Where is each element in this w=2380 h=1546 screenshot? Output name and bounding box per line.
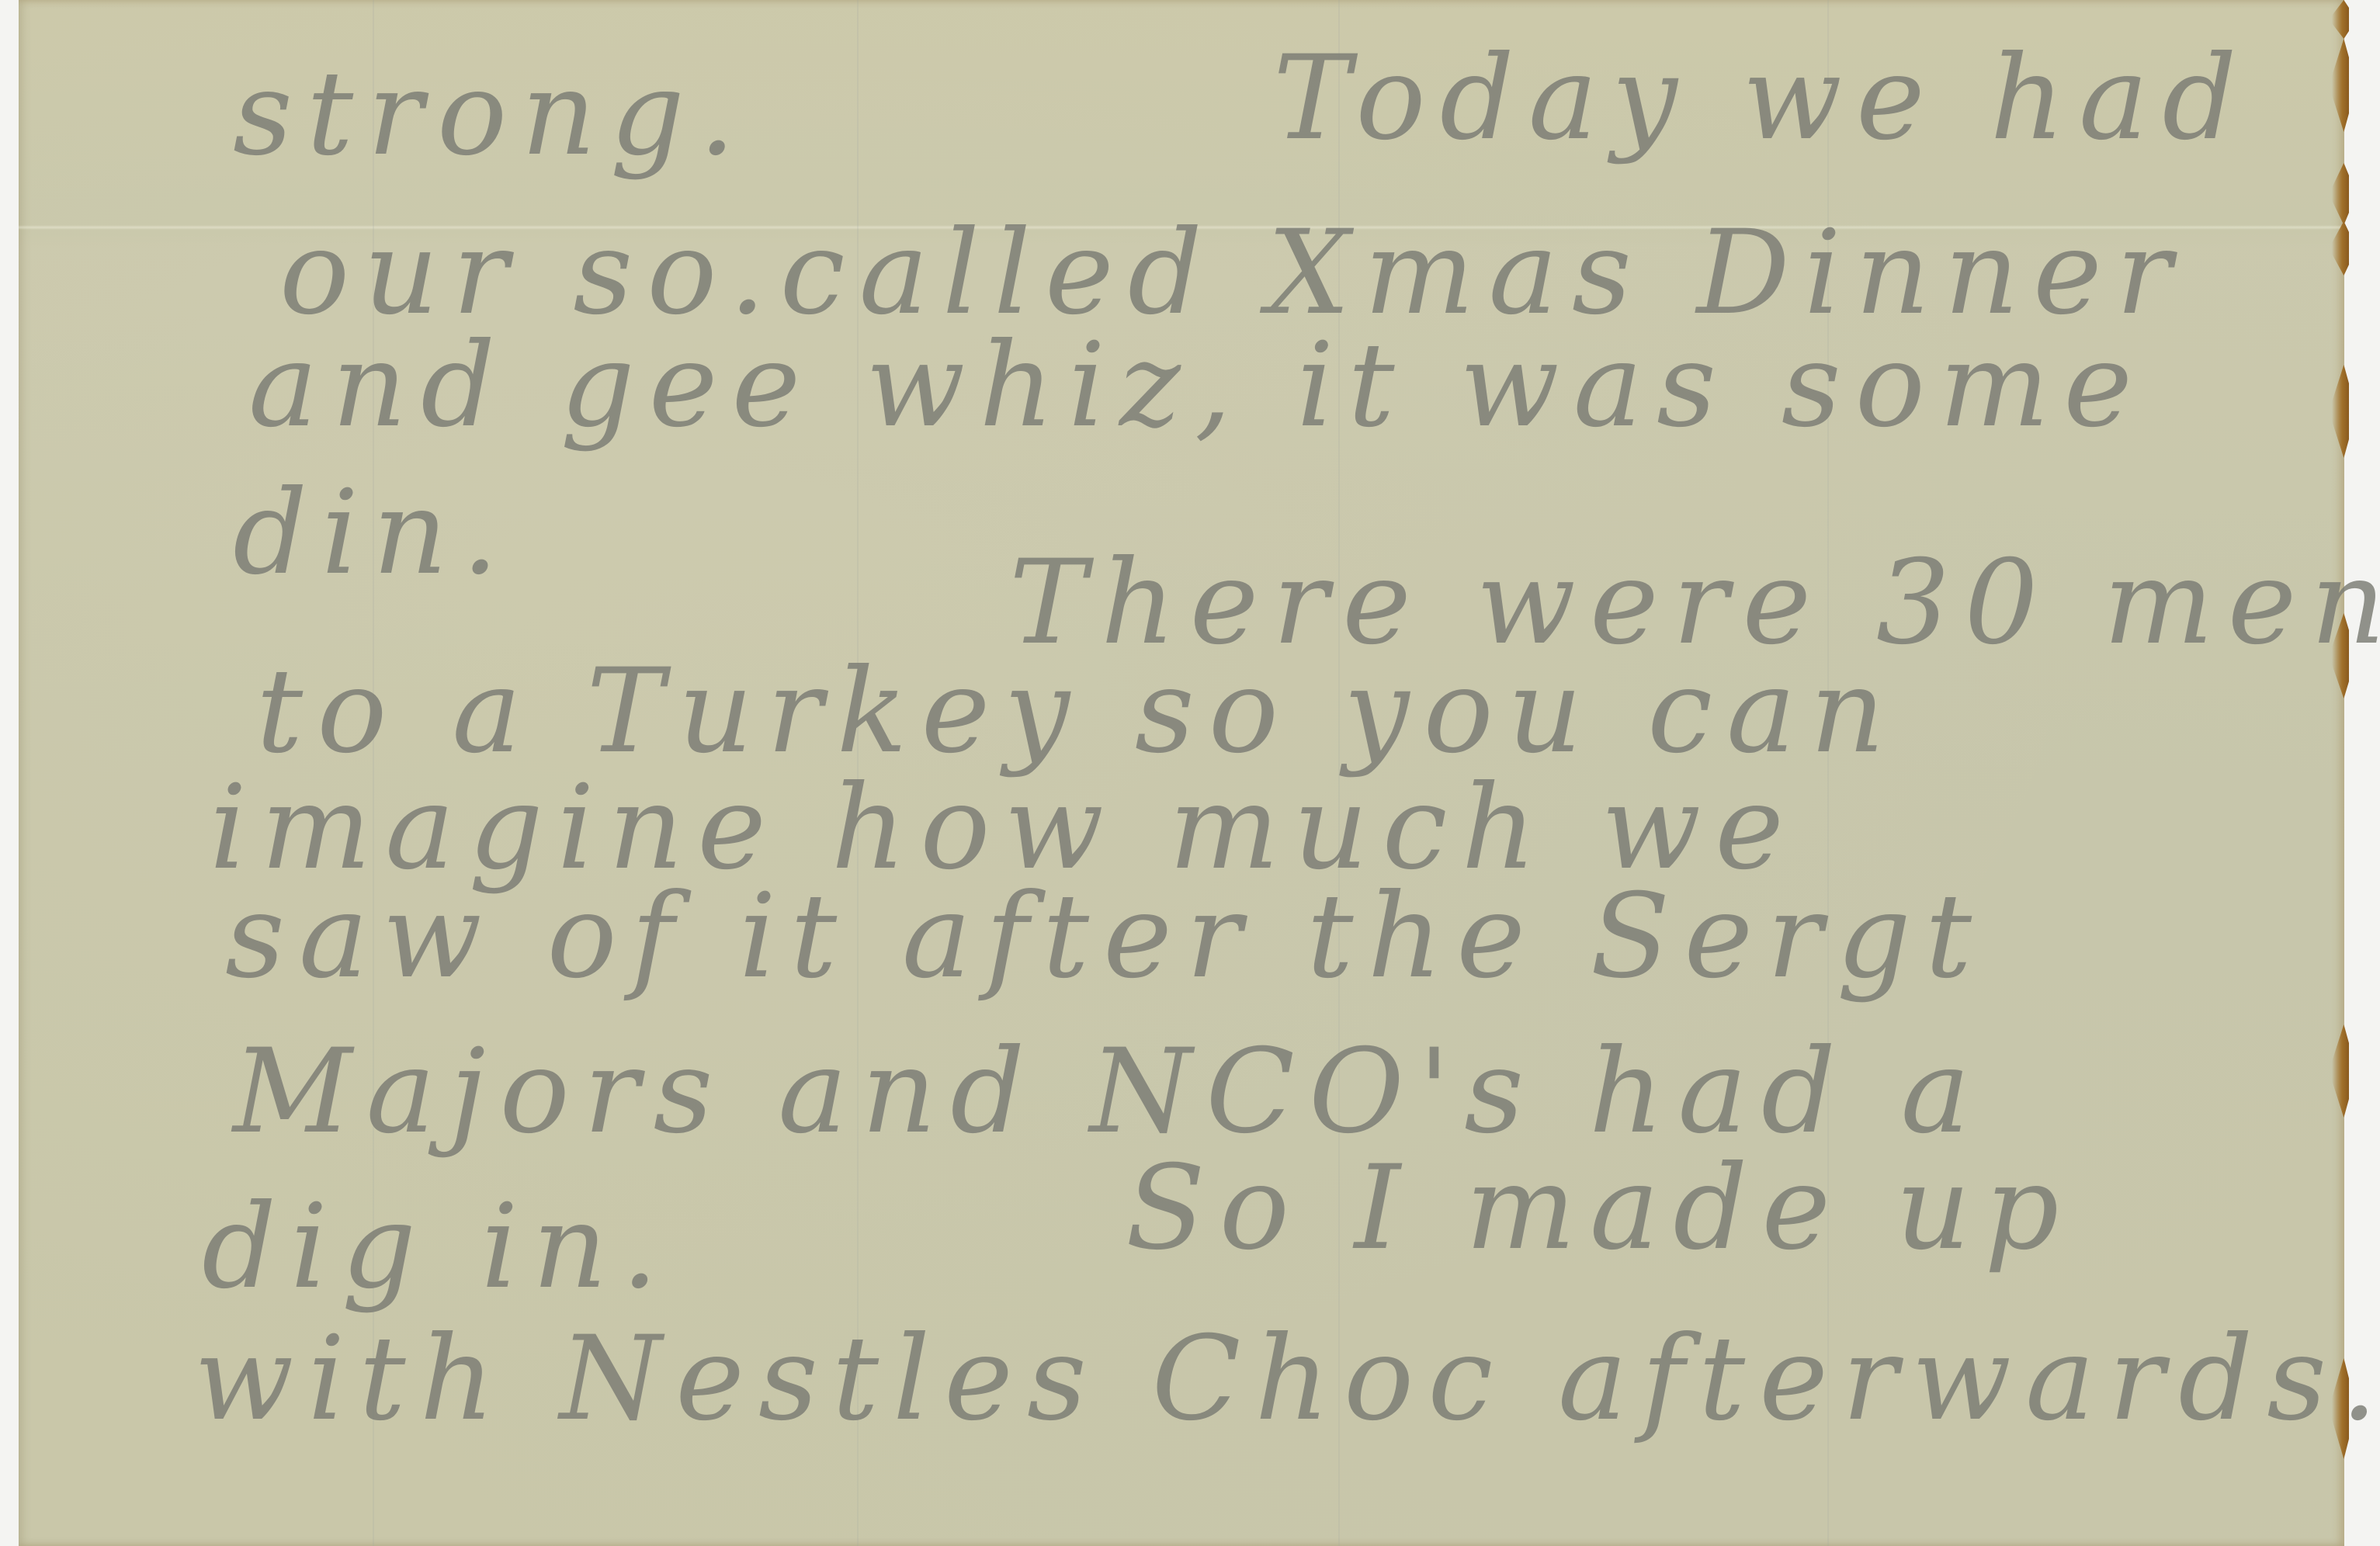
edge-stain [2332, 365, 2349, 458]
handwriting-line: Today we had [1273, 31, 2250, 166]
edge-stain [2332, 163, 2349, 225]
handwriting-line: saw of it after the Sergt [225, 869, 1986, 1004]
edge-stain [2332, 39, 2349, 132]
handwriting-line: So I made up [1126, 1141, 2073, 1276]
handwriting-line: to a Turkey so you can [256, 644, 1899, 779]
edge-stain [2332, 0, 2349, 39]
handwriting-line: Majors and NCO's had a [233, 1024, 1984, 1159]
edge-stain [2332, 1024, 2349, 1118]
letter-page: strong. Today we had our so.called Xmas … [19, 0, 2344, 1546]
handwriting-line: strong. [233, 47, 750, 182]
handwriting-line: with Nestles Choc afterwards. [194, 1312, 2380, 1447]
handwriting-line: and gee whiz, it was some [248, 318, 2146, 453]
handwriting-line: din. [233, 466, 512, 601]
handwriting-line: dig in. [202, 1180, 672, 1315]
